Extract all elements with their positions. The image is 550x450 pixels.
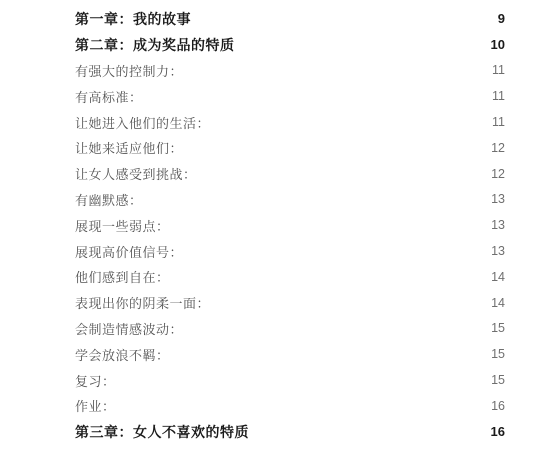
toc-entry-section: 让女人感受到挑战： 12 [75,161,505,187]
toc-entry-page: 15 [491,321,505,335]
toc-entry-section: 有高标准： 11 [75,83,505,109]
toc-entry-page: 11 [492,63,505,77]
toc-entry-label: 有幽默感： [75,190,143,209]
toc-entry-section: 复习： 15 [75,367,505,393]
toc-entry-page: 11 [492,115,505,129]
toc-entry-label: 展现高价值信号： [75,242,183,261]
toc-entry-section: 展现高价值信号： 13 [75,238,505,264]
toc-entry-label: 有高标准： [75,87,143,106]
toc-entry-page: 15 [491,373,505,387]
toc-entry-section: 展现一些弱点： 13 [75,212,505,238]
toc-entry-label: 有强大的控制力： [75,61,183,80]
toc-entry-page: 13 [491,192,505,206]
toc-entry-label: 他们感到自在： [75,267,170,286]
toc-entry-label: 作业： [75,396,116,415]
toc-entry-label: 复习： [75,371,116,390]
toc-entry-label: 表现出你的阴柔一面： [75,293,210,312]
toc-entry-page: 16 [491,399,505,413]
toc-entry-label: 第一章：我的故事 [75,9,191,29]
toc-entry-page: 11 [492,89,505,103]
toc-entry-chapter: 第一章：我的故事 9 [75,6,505,32]
toc-entry-section: 作业： 16 [75,393,505,419]
toc-entry-section: 让她来适应他们： 12 [75,135,505,161]
toc-entry-page: 13 [491,218,505,232]
toc-entry-chapter: 第三章：女人不喜欢的特质 16 [75,419,505,445]
toc-entry-section: 他们感到自在： 14 [75,264,505,290]
toc-entry-chapter: 第二章：成为奖品的特质 10 [75,32,505,58]
toc-entry-label: 让她来适应他们： [75,138,183,157]
toc-entry-label: 学会放浪不羁： [75,345,170,364]
toc-entry-page: 14 [491,270,505,284]
toc-page: 第一章：我的故事 9 第二章：成为奖品的特质 10 有强大的控制力： 11 有高… [0,0,550,450]
toc-entry-page: 12 [491,167,505,181]
toc-entry-label: 让女人感受到挑战： [75,164,197,183]
toc-entry-page: 16 [491,424,505,439]
toc-entry-page: 13 [491,244,505,258]
toc-entry-label: 第三章：女人不喜欢的特质 [75,422,249,442]
toc-entry-page: 10 [491,37,505,52]
toc-entry-section: 有幽默感： 13 [75,187,505,213]
toc-entry-section: 让她进入他们的生活： 11 [75,109,505,135]
toc-entry-page: 15 [491,347,505,361]
toc-entry-section: 会制造情感波动： 15 [75,316,505,342]
toc-entry-section: 表现出你的阴柔一面： 14 [75,290,505,316]
toc-entry-label: 会制造情感波动： [75,319,183,338]
toc-entry-page: 9 [498,11,505,26]
toc-entry-section: 学会放浪不羁： 15 [75,341,505,367]
toc-entry-page: 14 [491,296,505,310]
toc-entry-label: 展现一些弱点： [75,216,170,235]
toc-entry-label: 让她进入他们的生活： [75,113,210,132]
toc-entry-section: 有强大的控制力： 11 [75,58,505,84]
toc-entry-page: 12 [491,141,505,155]
toc-entry-label: 第二章：成为奖品的特质 [75,35,235,55]
